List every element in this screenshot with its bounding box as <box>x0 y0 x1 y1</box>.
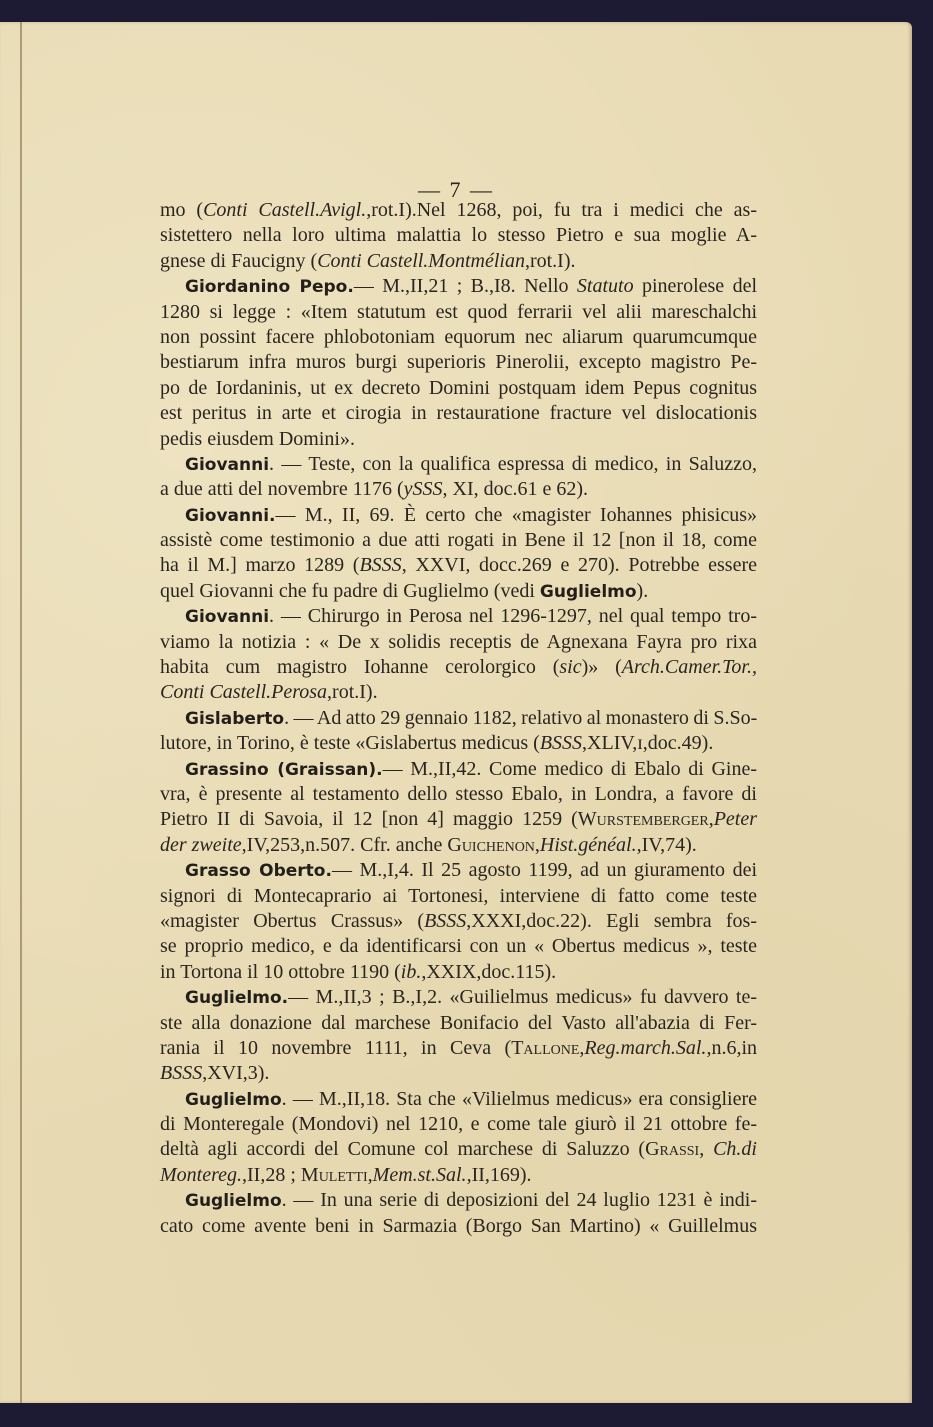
citation-title: Conti Castell.Avigl. <box>203 199 366 221</box>
text-line: assistè come testimonio a due atti rogat… <box>160 528 757 553</box>
text-run: . — Chirurgo in Perosa nel 1296-1297, ne… <box>269 605 757 627</box>
text-run: habita cum magistro Iohanne cerolorgico … <box>160 656 559 678</box>
entry-headword: Guglielmo. <box>185 988 288 1008</box>
author-name: Grassi <box>645 1138 699 1160</box>
text-line: habita cum magistro Iohanne cerolorgico … <box>160 655 757 680</box>
text-run: — M.,II,21 ; B.,I8. Nello <box>354 275 577 297</box>
citation-title: Conti Castell.Montmélian <box>317 250 525 272</box>
text-line: signori di Montecaprario ai Tortonesi, i… <box>160 884 757 909</box>
text-run: gnese di Faucigny ( <box>160 250 317 272</box>
text-run: pinerolese del <box>634 275 757 297</box>
text-run: ,IV,253,n.507. Cfr. anche <box>242 834 448 856</box>
text-run: Pietro II di Savoia, il 12 [non 4] maggi… <box>160 808 578 830</box>
text-run: ,rot.I). <box>525 250 576 272</box>
text-line: non possint facere phlobotoniam equorum … <box>160 325 757 350</box>
text-run: . — M.,II,18. Sta che «Vilielmus medicus… <box>282 1088 757 1110</box>
citation-title: BSSS <box>160 1062 202 1084</box>
author-name: Guichenon <box>447 834 535 856</box>
text-line: sistettero nella loro ultima malattia lo… <box>160 223 757 248</box>
text-line: est peritus in arte et cirogia in restau… <box>160 401 757 426</box>
text-run: . — Ad atto 29 gennaio 1182, relativo al… <box>284 707 757 729</box>
text-run: assistè come testimonio a due atti rogat… <box>160 529 757 551</box>
text-run: , XI, doc.61 e 62). <box>443 478 589 500</box>
author-name: Wurstemberger <box>578 808 709 830</box>
citation-title: Ch.di <box>713 1138 757 1160</box>
entry-first-line: Giovanni.— M., II, 69. È certo che «magi… <box>160 503 757 528</box>
text-line: Conti Castell.Perosa,rot.I). <box>160 680 757 705</box>
text-run: ,rot.I). <box>327 681 378 703</box>
text-run: non possint facere phlobotoniam equorum … <box>160 326 757 348</box>
text-run: mo ( <box>160 199 203 221</box>
entry-headword: Gislaberto <box>185 709 284 729</box>
text-run: deltà agli accordi del Comune col marche… <box>160 1138 645 1160</box>
entry-headword: Giovanni <box>185 455 269 475</box>
text-run: ,XVI,3). <box>202 1062 269 1084</box>
text-run: ,XLIV,ɪ,doc.49). <box>582 732 713 754</box>
text-run: — M.,II,3 ; B.,I,2. «Guilielmus medicus»… <box>288 986 757 1008</box>
entry-first-line: Guglielmo. — M.,II,18. Sta che «Vilielmu… <box>160 1087 757 1112</box>
citation-title: ySSS <box>404 478 443 500</box>
entry-first-line: Guglielmo. — In una serie di deposizioni… <box>160 1188 757 1213</box>
text-line: der zweite,IV,253,n.507. Cfr. anche Guic… <box>160 833 757 858</box>
text-run: — M.,I,4. Il 25 agosto 1199, ad un giura… <box>332 859 757 881</box>
text-run: ,II,28 ; <box>242 1164 301 1186</box>
author-name: Muletti <box>301 1164 368 1186</box>
text-line: po de Iordaninis, ut ex decreto Domini p… <box>160 376 757 401</box>
text-run: . — Teste, con la qualifica espressa di … <box>269 453 757 475</box>
text-line: in Tortona il 10 ottobre 1190 (ib.,XXIX,… <box>160 960 757 985</box>
text-run: cato come avente beni in Sarmazia (Borgo… <box>160 1215 757 1237</box>
text-line: vra, è presente al testamento dello stes… <box>160 782 757 807</box>
text-run: ,rot.I).Nel 1268, poi, fu tra i medici c… <box>366 199 757 221</box>
citation-title: Conti Castell.Perosa <box>160 681 327 703</box>
entry-headword: Giordanino Pepo. <box>185 277 354 297</box>
text-run: ,XXIX,doc.115). <box>421 961 556 983</box>
text-line: a due atti del novembre 1176 (ySSS, XI, … <box>160 477 757 502</box>
text-run: ,IV,74). <box>637 834 697 856</box>
citation-title: Hist.généal. <box>540 834 637 856</box>
text-line: gnese di Faucigny (Conti Castell.Montmél… <box>160 249 757 274</box>
text-run: est peritus in arte et cirogia in restau… <box>160 402 757 424</box>
text-run: po de Iordaninis, ut ex decreto Domini p… <box>160 377 757 399</box>
text-run: , XXVI, docc.269 e 270). Potrebbe essere <box>402 554 757 576</box>
citation-title: Peter <box>714 808 757 830</box>
text-line: Montereg.,II,28 ; Muletti,Mem.st.Sal.,II… <box>160 1163 757 1188</box>
text-line: mo (Conti Castell.Avigl.,rot.I).Nel 1268… <box>160 198 757 223</box>
text-line: rania il 10 novembre 1111, in Ceva (Tall… <box>160 1036 757 1061</box>
text-line: pedis eiusdem Domini». <box>160 427 757 452</box>
text-line: bestiarum infra muros burgi superioris P… <box>160 350 757 375</box>
text-run: sistettero nella loro ultima malattia lo… <box>160 224 757 246</box>
text-run: lutore, in Torino, è teste «Gislabertus … <box>160 732 540 754</box>
text-run: se proprio medico, e da identificarsi co… <box>160 935 757 957</box>
citation-title: Reg.march.Sal. <box>584 1037 706 1059</box>
citation-title: Montereg. <box>160 1164 242 1186</box>
text-run: , <box>699 1138 713 1160</box>
text-line: viamo la notizia : « De x solidis recept… <box>160 630 757 655</box>
text-run: rania il 10 novembre 1111, in Ceva ( <box>160 1037 511 1059</box>
entry-first-line: Giovanni. — Teste, con la qualifica espr… <box>160 452 757 477</box>
text-line: ha il M.] marzo 1289 (BSSS, XXVI, docc.2… <box>160 553 757 578</box>
citation-title: Arch.Camer.Tor., <box>622 656 757 678</box>
text-run: quel Giovanni che fu padre di Guglielmo … <box>160 580 540 602</box>
entry-first-line: Giovanni. — Chirurgo in Perosa nel 1296-… <box>160 604 757 629</box>
entry-first-line: Gislaberto. — Ad atto 29 gennaio 1182, r… <box>160 706 757 731</box>
entry-headword: Grassino (Graissan). <box>185 760 383 780</box>
author-name: Tallone <box>511 1037 579 1059</box>
text-run: ,n.6,in <box>706 1037 757 1059</box>
citation-title: Statuto <box>577 275 634 297</box>
text-run: «magister Obertus Crassus» ( <box>160 910 424 932</box>
text-line: lutore, in Torino, è teste «Gislabertus … <box>160 731 757 756</box>
text-run: bestiarum infra muros burgi superioris P… <box>160 351 757 373</box>
text-line: BSSS,XVI,3). <box>160 1061 757 1086</box>
text-run: viamo la notizia : « De x solidis recept… <box>160 631 757 653</box>
entry-headword: Grasso Oberto. <box>185 861 332 881</box>
text-line: deltà agli accordi del Comune col marche… <box>160 1137 757 1162</box>
text-run: — M., II, 69. È certo che «magister Ioha… <box>276 504 757 526</box>
citation-title: der zweite <box>160 834 242 856</box>
entry-headword: Giovanni <box>185 607 269 627</box>
text-run: )» ( <box>582 656 622 678</box>
book-page: — 7 — mo (Conti Castell.Avigl.,rot.I).Ne… <box>0 22 912 1403</box>
text-run: pedis eiusdem Domini». <box>160 428 355 450</box>
entry-headword: Guglielmo <box>185 1090 282 1110</box>
text-line: 1280 si legge : «Item statutum est quod … <box>160 300 757 325</box>
text-run: — M.,II,42. Come medico di Ebalo di Gine… <box>383 758 757 780</box>
text-run: ha il M.] marzo 1289 ( <box>160 554 359 576</box>
text-run: a due atti del novembre 1176 ( <box>160 478 404 500</box>
entry-first-line: Grasso Oberto.— M.,I,4. Il 25 agosto 119… <box>160 858 757 883</box>
text-line: cato come avente beni in Sarmazia (Borgo… <box>160 1214 757 1239</box>
citation-title: BSSS <box>540 732 582 754</box>
page-body-text: mo (Conti Castell.Avigl.,rot.I).Nel 1268… <box>160 198 757 1239</box>
entry-first-line: Giordanino Pepo.— M.,II,21 ; B.,I8. Nell… <box>160 274 757 299</box>
entry-first-line: Grassino (Graissan).— M.,II,42. Come med… <box>160 757 757 782</box>
entry-headword: Guglielmo <box>540 582 637 602</box>
text-line: se proprio medico, e da identificarsi co… <box>160 934 757 959</box>
citation-title: Mem.st.Sal. <box>373 1164 467 1186</box>
text-run: ste alla donazione dal marchese Bonifaci… <box>160 1012 757 1034</box>
citation-title: sic <box>559 656 581 678</box>
text-run: vra, è presente al testamento dello stes… <box>160 783 757 805</box>
text-run: signori di Montecaprario ai Tortonesi, i… <box>160 885 757 907</box>
text-run: ). <box>637 580 649 602</box>
text-line: Pietro II di Savoia, il 12 [non 4] maggi… <box>160 807 757 832</box>
citation-title: ib. <box>401 961 422 983</box>
citation-title: BSSS <box>424 910 466 932</box>
citation-title: BSSS <box>359 554 401 576</box>
entry-headword: Guglielmo <box>185 1191 282 1211</box>
text-line: «magister Obertus Crassus» (BSSS,XXXI,do… <box>160 909 757 934</box>
text-run: ,II,169). <box>467 1164 532 1186</box>
text-line: di Monteregale (Mondovi) nel 1210, e com… <box>160 1112 757 1137</box>
entry-first-line: Guglielmo.— M.,II,3 ; B.,I,2. «Guilielmu… <box>160 985 757 1010</box>
text-run: in Tortona il 10 ottobre 1190 ( <box>160 961 401 983</box>
text-line: ste alla donazione dal marchese Bonifaci… <box>160 1011 757 1036</box>
text-run: 1280 si legge : «Item statutum est quod … <box>160 301 757 323</box>
entry-headword: Giovanni. <box>185 506 276 526</box>
text-run: di Monteregale (Mondovi) nel 1210, e com… <box>160 1113 757 1135</box>
text-line: quel Giovanni che fu padre di Guglielmo … <box>160 579 757 604</box>
text-run: . — In una serie di deposizioni del 24 l… <box>282 1189 757 1211</box>
page-fold-line <box>20 22 22 1403</box>
text-run: ,XXXI,doc.22). Egli sembra fos- <box>466 910 757 932</box>
